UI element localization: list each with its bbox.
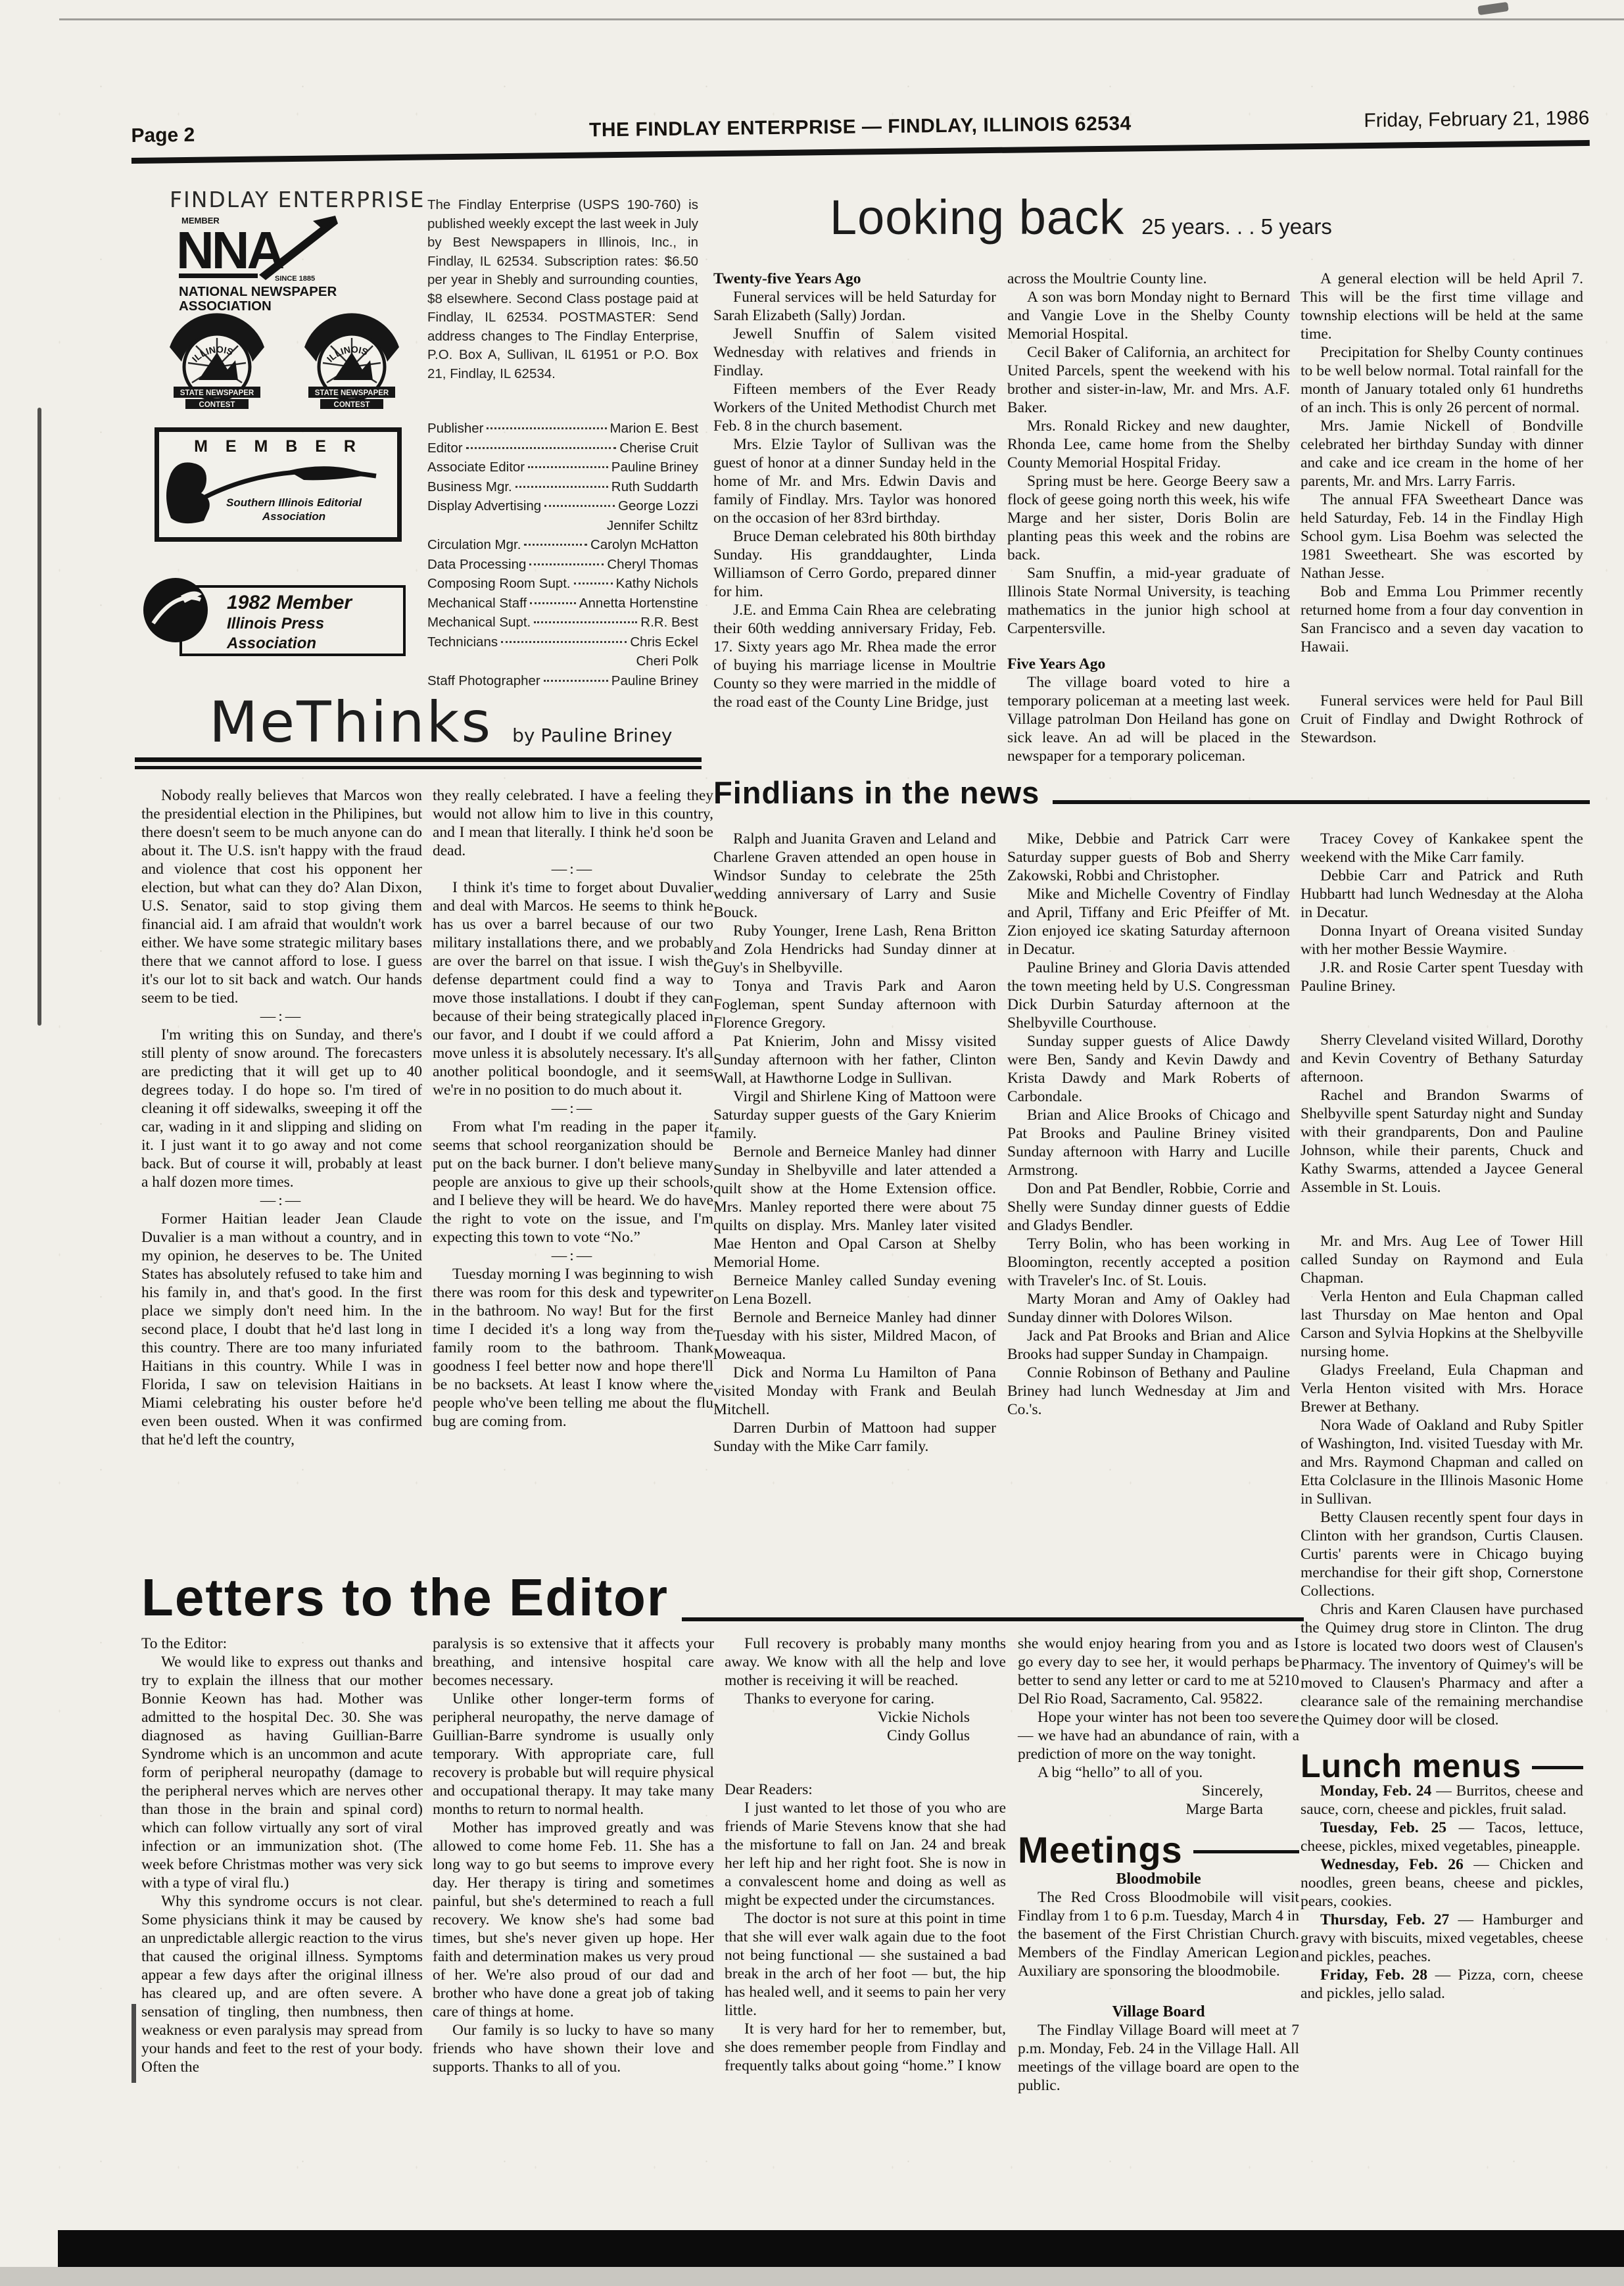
- staff-row: TechniciansChris Eckel: [427, 634, 698, 654]
- nna-logo: MEMBER NNA SINCE 1885 NATIONAL NEWSPAPER…: [175, 213, 339, 316]
- methinks-title: MeThinks: [209, 694, 492, 751]
- looking-back-col-1: Twenty-five Years AgoFuneral services wi…: [713, 270, 996, 711]
- paragraph: Tracey Covey of Kankakee spent the weeke…: [1301, 830, 1583, 867]
- newspaper-page: Page 2 THE FINDLAY ENTERPRISE — FINDLAY,…: [0, 0, 1624, 2286]
- paragraph: I'm writing this on Sunday, and there's …: [141, 1026, 422, 1191]
- findlians-title: Findlians in the news: [713, 774, 1039, 811]
- paragraph: Former Haitian leader Jean Claude Duvali…: [141, 1210, 422, 1449]
- paragraph: Bob and Emma Lou Primmer recently return…: [1301, 583, 1583, 656]
- staff-row: Display AdvertisingGeorge Lozzi: [427, 498, 698, 518]
- scan-vertical-artifact: [37, 408, 41, 1026]
- paragraph: Mrs. Jamie Nickell of Bondville celebrat…: [1301, 417, 1583, 490]
- menu-item: Thursday, Feb. 27 — Hamburger and gravy …: [1301, 1911, 1583, 1966]
- masthead-title: FINDLAY ENTERPRISE: [170, 187, 425, 212]
- staff-row: Mechanical StaffAnnetta Hortenstine: [427, 596, 698, 615]
- looking-back-col-2: across the Moultrie County line.A son wa…: [1007, 270, 1290, 765]
- paragraph: Hope your winter has not been too severe…: [1018, 1708, 1299, 1763]
- paragraph: Tonya and Travis Park and Aaron Fogleman…: [713, 977, 996, 1032]
- paragraph: The annual FFA Sweetheart Dance was held…: [1301, 490, 1583, 583]
- staff-row: Associate EditorPauline Briney: [427, 460, 698, 479]
- paragraph: Debbie Carr and Patrick and Ruth Hubbart…: [1301, 867, 1583, 922]
- paragraph: Jack and Pat Brooks and Brian and Alice …: [1007, 1327, 1290, 1364]
- paragraph: The Red Cross Bloodmobile will visit Fin…: [1018, 1888, 1299, 1980]
- meetings-title: Meetings: [1018, 1841, 1183, 1859]
- lunch-menus-heading: Lunch menus: [1301, 1757, 1583, 1775]
- staff-row: Jennifer Schiltz: [427, 518, 698, 538]
- paragraph: The village board voted to hire a tempor…: [1007, 673, 1290, 765]
- paragraph: Ralph and Juanita Graven and Leland and …: [713, 830, 996, 922]
- sie-org-line1: Southern Illinois Editorial: [226, 496, 362, 509]
- paragraph: Betty Clausen recently spent four days i…: [1301, 1508, 1583, 1600]
- menu-item: Wednesday, Feb. 26 — Chicken and noodles…: [1301, 1855, 1583, 1911]
- paragraph: —:—: [433, 860, 713, 878]
- menu-item: Monday, Feb. 24 — Burritos, cheese and s…: [1301, 1782, 1583, 1819]
- paragraph: The doctor is not sure at this point in …: [725, 1909, 1006, 2020]
- letters-col-4: she would enjoy hearing from you and as …: [1018, 1634, 1299, 2095]
- paragraph: Virgil and Shirlene King of Mattoon were…: [713, 1087, 996, 1143]
- staff-row: PublisherMarion E. Best: [427, 421, 698, 441]
- staff-row: Business Mgr.Ruth Suddarth: [427, 479, 698, 499]
- paragraph: From what I'm reading in the paper it se…: [433, 1118, 713, 1247]
- paragraph: Mike, Debbie and Patrick Carr were Satur…: [1007, 830, 1290, 885]
- paragraph: they really celebrated. I have a feeling…: [433, 786, 713, 860]
- letters-heading: Letters to the Editor: [141, 1567, 1304, 1628]
- ipa-line2: Illinois Press Association: [227, 614, 399, 654]
- paragraph: Sherry Cleveland visited Willard, Doroth…: [1301, 1031, 1583, 1086]
- looking-back-heading: Looking back 25 years. . . 5 years: [830, 193, 1332, 242]
- looking-back-title: Looking back: [830, 193, 1124, 242]
- paragraph: J.R. and Rosie Carter spent Tuesday with…: [1301, 959, 1583, 995]
- staff-row: Cheri Polk: [427, 654, 698, 673]
- paragraph: across the Moultrie County line.: [1007, 270, 1290, 288]
- findlians-col-3-text: Tracey Covey of Kankakee spent the weeke…: [1301, 830, 1583, 1729]
- paragraph: Gladys Freeland, Eula Chapman and Verla …: [1301, 1361, 1583, 1416]
- findlians-heading: Findlians in the news: [713, 774, 1590, 811]
- paragraph: Don and Pat Bendler, Robbie, Corrie and …: [1007, 1179, 1290, 1235]
- paragraph: Sunday supper guests of Alice Dawdy were…: [1007, 1032, 1290, 1106]
- paragraph: Berneice Manley called Sunday evening on…: [713, 1272, 996, 1308]
- scan-bottom-bar: [58, 2230, 1624, 2267]
- badge-ribbon2: CONTEST: [334, 401, 370, 409]
- paragraph: —:—: [141, 1191, 422, 1210]
- paragraph: Connie Robinson of Bethany and Pauline B…: [1007, 1364, 1290, 1419]
- press-contest-badge: ILLINOIS STATE NEWSPAPER CONTEST: [164, 309, 270, 412]
- meetings-subhead-village-board: Village Board: [1018, 2003, 1299, 2021]
- paragraph: Mr. and Mrs. Aug Lee of Tower Hill calle…: [1301, 1232, 1583, 1287]
- letters-col-4-text: she would enjoy hearing from you and as …: [1018, 1634, 1299, 1819]
- paragraph: Twenty-five Years Ago: [713, 270, 996, 288]
- sie-member-label: M E M B E R: [159, 437, 397, 456]
- paragraph: A big “hello” to all of you.: [1018, 1763, 1299, 1782]
- paragraph: Bruce Deman celebrated his 80th birthday…: [713, 527, 996, 601]
- badge-ribbon2: CONTEST: [199, 401, 235, 409]
- lunch-menus-title: Lunch menus: [1301, 1757, 1521, 1775]
- letters-col-2: paralysis is so extensive that it affect…: [433, 1634, 714, 2076]
- paragraph: —:—: [433, 1099, 713, 1118]
- sie-org-line2: Association: [262, 510, 325, 523]
- paragraph: A general election will be held April 7.…: [1301, 270, 1583, 343]
- paragraph: Sam Snuffin, a mid-year graduate of Illi…: [1007, 564, 1290, 638]
- paragraph: Nora Wade of Oakland and Ruby Spitler of…: [1301, 1416, 1583, 1508]
- letters-col-1: To the Editor:We would like to express o…: [141, 1634, 423, 2076]
- paragraph: Mrs. Ronald Rickey and new daughter, Rho…: [1007, 417, 1290, 472]
- findlians-col-1: Ralph and Juanita Graven and Leland and …: [713, 830, 996, 1456]
- double-rule: [135, 757, 702, 769]
- badge-ribbon1: STATE NEWSPAPER: [315, 389, 389, 397]
- paragraph: Our family is so lucky to have so many f…: [433, 2021, 714, 2076]
- lunch-menu-list: Monday, Feb. 24 — Burritos, cheese and s…: [1301, 1782, 1583, 2003]
- meetings-section: Meetings Bloodmobile The Red Cross Blood…: [1018, 1841, 1299, 2095]
- staff-row: Mechanical Supt.R.R. Best: [427, 615, 698, 634]
- methinks-heading: MeThinks by Pauline Briney: [209, 694, 672, 751]
- staff-row: Circulation Mgr.Carolyn McHatton: [427, 537, 698, 557]
- ipa-globe-icon: [141, 576, 210, 644]
- paragraph: Pat Knierim, John and Missy visited Sund…: [713, 1032, 996, 1087]
- lunch-menus-section: Lunch menus Monday, Feb. 24 — Burritos, …: [1301, 1757, 1583, 2003]
- ipa-member-box: 1982 Member Illinois Press Association: [141, 579, 406, 656]
- scan-edge-line: [59, 18, 1624, 20]
- heading-rule: [1053, 800, 1590, 804]
- paragraph: Full recovery is probably many months aw…: [725, 1634, 1006, 1690]
- meetings-heading: Meetings: [1018, 1841, 1299, 1859]
- letters-col-3: Full recovery is probably many months aw…: [725, 1634, 1006, 2075]
- paragraph: Unlike other longer-term forms of periph…: [433, 1690, 714, 1819]
- page-number: Page 2: [131, 120, 496, 147]
- staff-row: EditorCherise Cruit: [427, 441, 698, 460]
- looking-back-subtitle: 25 years. . . 5 years: [1141, 214, 1332, 239]
- paragraph: Brian and Alice Brooks of Chicago and Pa…: [1007, 1106, 1290, 1179]
- paragraph: —:—: [433, 1247, 713, 1265]
- paragraph: Pauline Briney and Gloria Davis attended…: [1007, 959, 1290, 1032]
- paragraph: Chris and Karen Clausen have purchased t…: [1301, 1600, 1583, 1729]
- press-contest-badge: ILLINOIS STATE NEWSPAPER CONTEST: [299, 309, 404, 412]
- paragraph: Marty Moran and Amy of Oakley had Sunday…: [1007, 1290, 1290, 1327]
- paragraph: To the Editor:: [141, 1634, 423, 1653]
- paragraph: J.E. and Emma Cain Rhea are celebrating …: [713, 601, 996, 711]
- newspaper-title: THE FINDLAY ENTERPRISE — FINDLAY, ILLINO…: [496, 112, 1225, 143]
- paragraph: Funeral services will be held Saturday f…: [713, 288, 996, 325]
- paragraph: Marge Barta: [1018, 1800, 1299, 1819]
- issue-date: Friday, February 21, 1986: [1225, 107, 1590, 134]
- staff-row: Composing Room Supt.Kathy Nichols: [427, 576, 698, 596]
- badge-ribbon1: STATE NEWSPAPER: [180, 389, 254, 397]
- paragraph: Rachel and Brandon Swarms of Shelbyville…: [1301, 1086, 1583, 1197]
- nna-since: SINCE 1885: [275, 275, 315, 283]
- heading-rule: [1532, 1766, 1583, 1769]
- paragraph: Jewell Snuffin of Salem visited Wednesda…: [713, 325, 996, 380]
- paragraph: The Findlay Village Board will meet at 7…: [1018, 2021, 1299, 2095]
- staff-row: Data ProcessingCheryl Thomas: [427, 557, 698, 577]
- paragraph: Dear Readers:: [725, 1780, 1006, 1799]
- paragraph: Tuesday morning I was beginning to wish …: [433, 1265, 713, 1431]
- paragraph: Dick and Norma Lu Hamilton of Pana visit…: [713, 1364, 996, 1419]
- sie-member-box: M E M B E R Southern Illinois Editorial …: [155, 427, 402, 542]
- paragraph: A son was born Monday night to Bernard a…: [1007, 288, 1290, 343]
- paragraph: she would enjoy hearing from you and as …: [1018, 1634, 1299, 1708]
- paragraph: Fifteen members of the Ever Ready Worker…: [713, 380, 996, 435]
- paragraph: Darren Durbin of Mattoon had supper Sund…: [713, 1419, 996, 1456]
- paragraph: Nobody really believes that Marcos won t…: [141, 786, 422, 1007]
- findlians-col-2: Mike, Debbie and Patrick Carr were Satur…: [1007, 830, 1290, 1419]
- staff-list: PublisherMarion E. BestEditorCherise Cru…: [427, 421, 698, 692]
- heading-rule: [682, 1617, 1304, 1621]
- masthead-statement: The Findlay Enterprise (USPS 190-760) is…: [427, 196, 698, 383]
- letters-title: Letters to the Editor: [141, 1567, 669, 1628]
- scan-vertical-artifact: [131, 2004, 136, 2083]
- paragraph: Mother has improved greatly and was allo…: [433, 1819, 714, 2021]
- methinks-byline: by Pauline Briney: [512, 725, 672, 746]
- paragraph: —:—: [141, 1007, 422, 1026]
- looking-back-col-3: A general election will be held April 7.…: [1301, 270, 1583, 747]
- menu-item: Tuesday, Feb. 25 — Tacos, lettuce, chees…: [1301, 1819, 1583, 1855]
- heading-rule: [1193, 1850, 1299, 1853]
- paragraph: I think it's time to forget about Duvali…: [433, 878, 713, 1099]
- meetings-subhead-bloodmobile: Bloodmobile: [1018, 1870, 1299, 1888]
- paragraph: Bernole and Berneice Manley had dinner S…: [713, 1143, 996, 1272]
- ipa-line1: 1982 Member: [227, 592, 399, 614]
- paragraph: Sincerely,: [1018, 1782, 1299, 1800]
- paragraph: Cecil Baker of California, an architect …: [1007, 343, 1290, 417]
- paragraph: Vickie Nichols: [725, 1708, 1006, 1726]
- paragraph: We would like to express out thanks and …: [141, 1653, 423, 1892]
- paragraph: Precipitation for Shelby County continue…: [1301, 343, 1583, 417]
- nna-line1: NATIONAL NEWSPAPER: [179, 284, 337, 299]
- paragraph: Five Years Ago: [1007, 655, 1290, 673]
- findlians-col-3: Tracey Covey of Kankakee spent the weeke…: [1301, 830, 1583, 2003]
- paragraph: paralysis is so extensive that it affect…: [433, 1634, 714, 1690]
- paragraph: Mrs. Elzie Taylor of Sullivan was the gu…: [713, 435, 996, 527]
- lincoln-silhouette-icon: [166, 462, 210, 523]
- paragraph: I just wanted to let those of you who ar…: [725, 1799, 1006, 1909]
- paragraph: Spring must be here. George Beery saw a …: [1007, 472, 1290, 564]
- paragraph: Ruby Younger, Irene Lash, Rena Britton a…: [713, 922, 996, 977]
- scan-bottom-edge: [0, 2267, 1624, 2286]
- paragraph: Mike and Michelle Coventry of Findlay an…: [1007, 885, 1290, 959]
- paragraph: Verla Henton and Eula Chapman called las…: [1301, 1287, 1583, 1361]
- menu-item: Friday, Feb. 28 — Pizza, corn, cheese an…: [1301, 1966, 1583, 2003]
- paragraph: Terry Bolin, who has been working in Blo…: [1007, 1235, 1290, 1290]
- page-header: Page 2 THE FINDLAY ENTERPRISE — FINDLAY,…: [131, 107, 1590, 164]
- paragraph: Thanks to everyone for caring.: [725, 1690, 1006, 1708]
- paragraph: It is very hard for her to remember, but…: [725, 2020, 1006, 2075]
- paragraph: Cindy Gollus: [725, 1726, 1006, 1745]
- paragraph: Why this syndrome occurs is not clear. S…: [141, 1892, 423, 2076]
- paragraph: Bernole and Berneice Manley had dinner T…: [713, 1308, 996, 1364]
- methinks-col-1: Nobody really believes that Marcos won t…: [141, 786, 422, 1449]
- methinks-col-2: they really celebrated. I have a feeling…: [433, 786, 713, 1431]
- paragraph: Funeral services were held for Paul Bill…: [1301, 692, 1583, 747]
- scan-blot: [1477, 2, 1509, 15]
- paragraph: Donna Inyart of Oreana visited Sunday wi…: [1301, 922, 1583, 959]
